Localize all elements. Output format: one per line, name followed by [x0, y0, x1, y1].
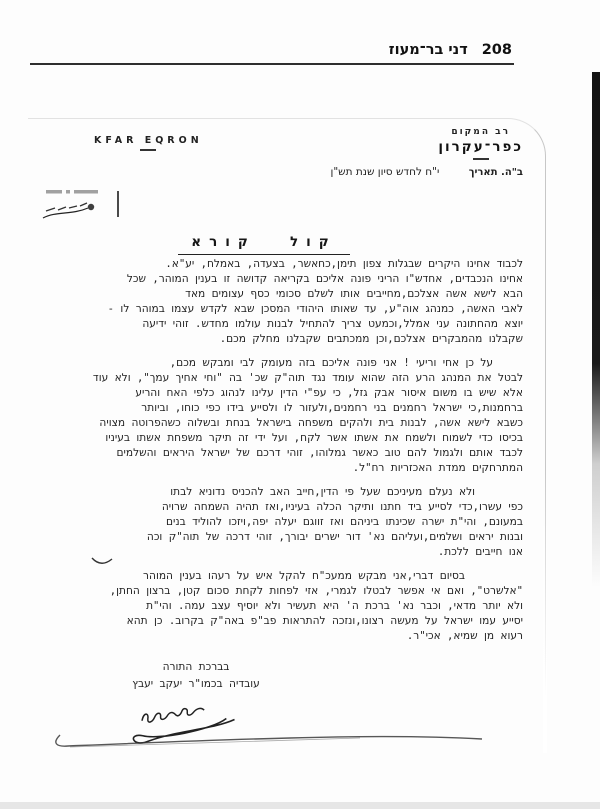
date-prefix: ב"ה. תאריך — [469, 167, 523, 178]
body-line: רעוא מן שמיא, אכי"ר. — [55, 629, 523, 644]
page-header: דני בר־מעוז 208 — [0, 42, 512, 58]
body-line: לכבוד אחינו היקרים שבגלות צפון תימן,כחאש… — [55, 257, 523, 272]
stamp-margin-bar — [117, 191, 119, 217]
body-line: לאבי האשה, כמנהג אוה"ע, עד שאותו היהודי … — [55, 302, 523, 317]
closing-blessing: בברכת התורה — [110, 659, 282, 676]
letterhead-place-english: KFAR EQRON — [94, 135, 203, 146]
body-line: המתרחקים ממדת האכזריות רח"ל. — [55, 461, 523, 476]
paragraph: ולא נעלם מעיניכם שעל פי הדין,חייב האב לה… — [55, 485, 523, 560]
date-value: י"ח לחדש סיון שנת תש"ן — [330, 166, 439, 178]
paragraph: לכבוד אחינו היקרים שבגלות צפון תימן,כחאש… — [55, 257, 523, 347]
letterhead-dash — [140, 149, 156, 151]
body-line: ברחמנות,כי ישראל רחמנים בני רחמנים,ולעזו… — [55, 401, 523, 416]
letterhead-dash — [473, 158, 489, 160]
body-line: אנו חייבים ללכת. — [55, 545, 523, 560]
closing-block: בברכת התורה עובדיה בכמו"ר יעקב יעבץ — [110, 659, 282, 693]
body-line: "אלשרט", ואם אי אפשר לבטלו לגמרי, אזי לפ… — [55, 584, 523, 599]
body-line: ולא יותר מדאי, וכבר נא' ברכת ה' היא תעשי… — [55, 599, 523, 614]
body-line: לבטל את המנהג הרע הזה שהוא עומד נגד תוה"… — [55, 371, 523, 386]
body-line: שקבלנו מהמבקרים אצלכם,וכן ממכתבים שקבלנו… — [55, 332, 523, 347]
paper-edge-fade — [543, 469, 547, 753]
paragraph: בסיום דברי,אני מבקש ממעכ"ח להקל איש על ר… — [55, 569, 523, 644]
body-line: בסיום דברי,אני מבקש ממעכ"ח להקל איש על ר… — [55, 569, 523, 584]
bottom-scan-edge — [0, 802, 600, 809]
body-line: אלא שיש בו משום איסור אבק גזל, כי עפ"י ה… — [55, 386, 523, 401]
letter-body: לכבוד אחינו היקרים שבגלות צפון תימן,כחאש… — [55, 257, 523, 653]
body-line: ובנות יראים ושלמים,ועליהם נא' דור ישרים … — [55, 530, 523, 545]
letterhead-rav-title: רב המקום — [438, 127, 523, 137]
body-line: אחינו הנכבדים, אחדש"ו הריני פונה אליכם ב… — [55, 272, 523, 287]
letterhead-hebrew: רב המקום כפר־עקרון — [438, 127, 523, 160]
date-line: ב"ה. תאריך י"ח לחדש סיון שנת תש"ן — [330, 166, 523, 178]
body-line: יסייע עמו ישראל על מעשה רצונו,ונזכה להתר… — [55, 614, 523, 629]
paper-bottom-edge — [30, 727, 500, 755]
paragraph: על כן אחי וריעי ! אני פונה אליכם בזה מעו… — [55, 356, 523, 476]
letterhead-english: KFAR EQRON — [94, 135, 203, 151]
body-line: על כן אחי וריעי ! אני פונה אליכם בזה מעו… — [55, 356, 523, 371]
letterhead-place-hebrew: כפר־עקרון — [438, 139, 523, 155]
scan-gutter-shadow — [592, 72, 600, 632]
stamp-icon — [38, 187, 120, 229]
body-line: במעונם, והי"ת ישרה שכינתו ביניהם ואז זוו… — [55, 515, 523, 530]
body-line: בכיסו כדי לשמוח ולשמח את אשתו אשר לקח, ו… — [55, 431, 523, 446]
closing-name: עובדיה בכמו"ר יעקב יעבץ — [110, 676, 282, 693]
page-number: 208 — [482, 42, 512, 58]
body-line: לכבד אותם ולגמול להם טוב כאשר גמלוהו, זו… — [55, 446, 523, 461]
letter-paper: רב המקום כפר־עקרון KFAR EQRON ב"ה. תאריך… — [28, 118, 546, 751]
scanned-book-page: דני בר־מעוז 208 רב המקום כפר־עקרון KFAR … — [0, 0, 600, 809]
author-name: דני בר־מעוז — [389, 42, 468, 58]
paren-mark-icon — [90, 555, 114, 567]
header-rule — [30, 63, 514, 65]
kol-koreh-title: קול קורא — [178, 234, 350, 255]
body-line: ולא נעלם מעיניכם שעל פי הדין,חייב האב לה… — [55, 485, 523, 500]
body-line: כשבא לישא אשה, לבנות בית ולהקים משפחה בי… — [55, 416, 523, 431]
body-line: כפי עשרו,כדי לסייע ביד חתנו ותיקר הכלה ב… — [55, 500, 523, 515]
body-line: הבא לישא אשה אצלכם,מחייבים אותו לשלם סכו… — [55, 287, 523, 302]
body-line: יוצא מהחתונה עני אמלל,וכמעט צריך להתחיל … — [55, 317, 523, 332]
